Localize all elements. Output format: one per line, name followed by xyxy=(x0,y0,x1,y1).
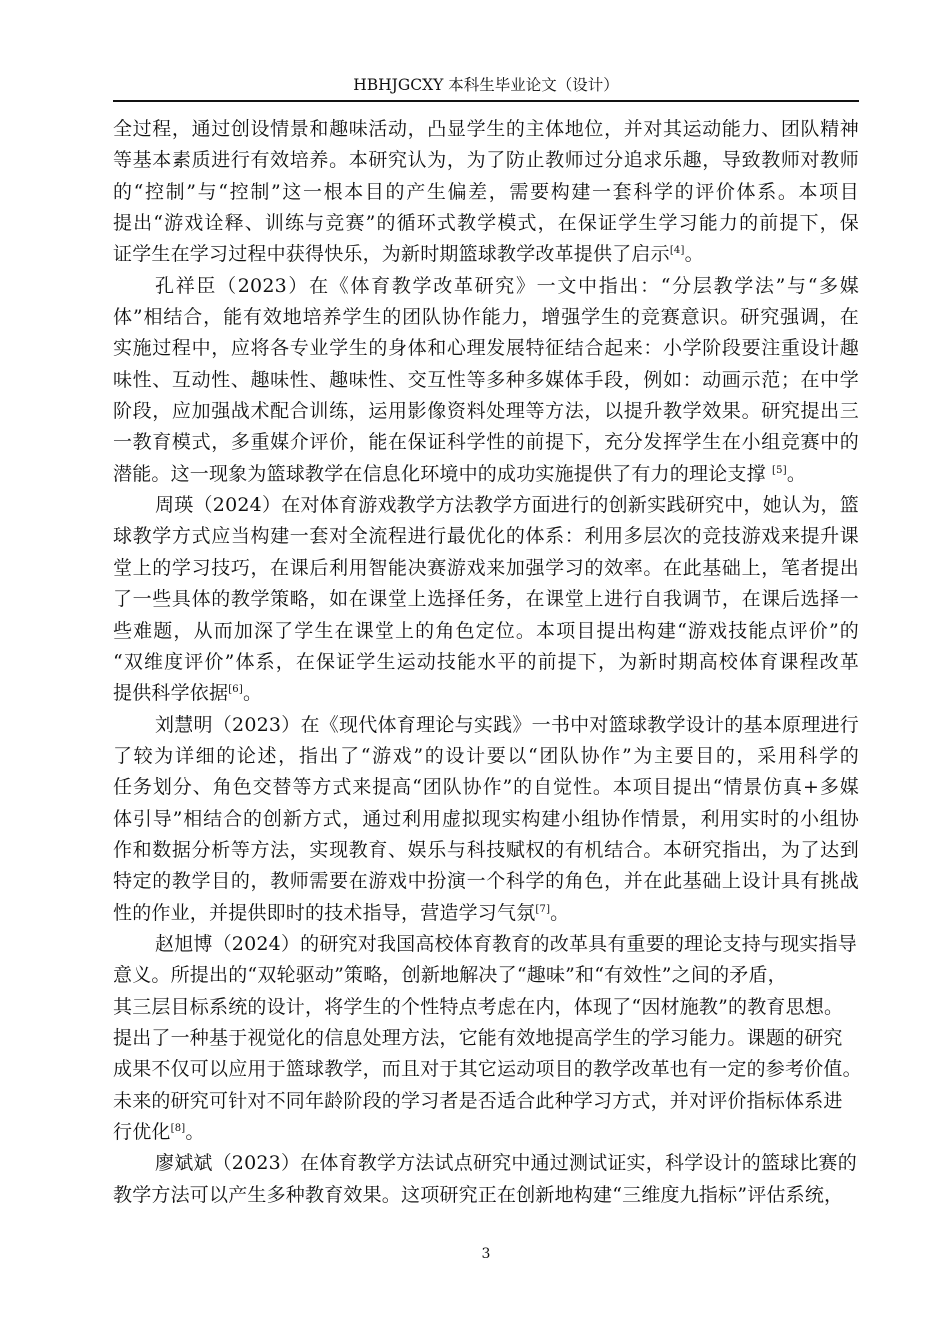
line-text: 性的作业，并提供即时的技术指导，营造学习气氛 xyxy=(113,902,535,924)
text-line: 提供科学依据[6]。 xyxy=(113,678,859,709)
text-line: 些难题，从而加深了学生在课堂上的角色定位。本项目提出构建“游戏技能点评价”的 xyxy=(113,616,859,647)
text-line: 堂上的学习技巧，在课后利用智能决赛游戏来加强学习的效率。在此基础上，笔者提出 xyxy=(113,553,859,584)
text-line: 特定的教学目的，教师需要在游戏中扮演一个科学的角色，并在此基础上设计具有挑战 xyxy=(113,866,859,897)
citation-marker: [7] xyxy=(535,904,550,915)
text-line: 证学生在学习过程中获得快乐，为新时期篮球教学改革提供了启示[4]。 xyxy=(113,239,859,270)
line-text: 球教学方式应当构建一套对全流程进行最优化的体系：利用多层次的竞技游戏来提升课 xyxy=(113,525,859,547)
line-text: 孔祥臣（2023）在《体育教学改革研究》一文中指出：“分层教学法”与“多媒 xyxy=(155,275,859,297)
line-text: 体引导”相结合的创新方式，通过利用虚拟现实构建小组协作情景，利用实时的小组协 xyxy=(113,808,859,830)
text-line: 了一些具体的教学策略，如在课堂上选择任务，在课堂上进行自我调节，在课后选择一 xyxy=(113,584,859,615)
text-line: 阶段，应加强战术配合训练，运用影像资料处理等方法，以提升教学效果。研究提出三 xyxy=(113,396,859,427)
line-text: 等基本素质进行有效培养。本研究认为，为了防止教师过分追求乐趣，导致教师对教师 xyxy=(113,149,859,171)
text-line: 全过程，通过创设情景和趣味活动，凸显学生的主体地位，并对其运动能力、团队精神 xyxy=(113,114,859,145)
page-number: 3 xyxy=(113,1246,859,1262)
line-text: 任务划分、角色交替等方式来提高“团队协作”的自觉性。本项目提出“情景仿真+多媒 xyxy=(113,776,859,798)
line-text: 成果不仅可以应用于篮球教学，而且对于其它运动项目的教学改革也有一定的参考价值。 xyxy=(113,1058,862,1080)
line-text: 行优化 xyxy=(113,1121,171,1143)
text-line: 味性、互动性、趣味性、趣味性、交互性等多种多媒体手段，例如：动画示范；在中学 xyxy=(113,365,859,396)
paragraph: 孔祥臣（2023）在《体育教学改革研究》一文中指出：“分层教学法”与“多媒体”相… xyxy=(113,271,859,490)
text-line: 实施过程中，应将各专业学生的身体和心理发展特征结合起来：小学阶段要注重设计趣 xyxy=(113,333,859,364)
text-line: 成果不仅可以应用于篮球教学，而且对于其它运动项目的教学改革也有一定的参考价值。 xyxy=(113,1054,859,1085)
line-text: 提出“游戏诠释、训练与竞赛”的循环式教学模式，在保证学生学习能力的前提下，保 xyxy=(113,212,859,234)
line-text: 意义。所提出的“双轮驱动”策略，创新地解决了“趣味”和“有效性”之间的矛盾， xyxy=(113,964,787,986)
text-line: 体”相结合，能有效地培养学生的团队协作能力，增强学生的竞赛意识。研究强调，在 xyxy=(113,302,859,333)
text-line: 赵旭博（2024）的研究对我国高校体育教育的改革具有重要的理论支持与现实指导 xyxy=(113,929,859,960)
text-line: 提出了一种基于视觉化的信息处理方法，它能有效地提高学生的学习能力。课题的研究 xyxy=(113,1023,859,1054)
text-line: 未来的研究可针对不同年龄阶段的学习者是否适合此种学习方式，并对评价指标体系进 xyxy=(113,1086,859,1117)
line-text: “双维度评价”体系，在保证学生运动技能水平的前提下，为新时期高校体育课程改革 xyxy=(113,651,859,673)
citation-marker: [4] xyxy=(670,245,685,256)
line-text: 一教育模式，多重媒介评价，能在保证科学性的前提下，充分发挥学生在小组竞赛中的 xyxy=(113,431,859,453)
text-line: 任务划分、角色交替等方式来提高“团队协作”的自觉性。本项目提出“情景仿真+多媒 xyxy=(113,772,859,803)
line-text: 阶段，应加强战术配合训练，运用影像资料处理等方法，以提升教学效果。研究提出三 xyxy=(113,400,859,422)
citation-marker: [5] xyxy=(772,465,787,476)
line-text: 提供科学依据 xyxy=(113,682,228,704)
text-line: 体引导”相结合的创新方式，通过利用虚拟现实构建小组协作情景，利用实时的小组协 xyxy=(113,804,859,835)
line-text: 味性、互动性、趣味性、趣味性、交互性等多种多媒体手段，例如：动画示范；在中学 xyxy=(113,369,859,391)
line-tail: 。 xyxy=(787,463,806,485)
line-text: 些难题，从而加深了学生在课堂上的角色定位。本项目提出构建“游戏技能点评价”的 xyxy=(113,620,859,642)
page-header: HBHJGCXY 本科生毕业论文（设计） xyxy=(113,74,859,96)
line-tail: 。 xyxy=(550,902,569,924)
text-line: 刘慧明（2023）在《现代体育理论与实践》一书中对篮球教学设计的基本原理进行 xyxy=(113,710,859,741)
header-rule xyxy=(113,100,859,102)
text-line: 行优化[8]。 xyxy=(113,1117,859,1148)
text-line: 提出“游戏诠释、训练与竞赛”的循环式教学模式，在保证学生学习能力的前提下，保 xyxy=(113,208,859,239)
text-line: 教学方法可以产生多种教育效果。这项研究正在创新地构建“三维度九指标”评估系统， xyxy=(113,1180,859,1211)
citation-marker: [8] xyxy=(171,1123,186,1134)
line-text: 教学方法可以产生多种教育效果。这项研究正在创新地构建“三维度九指标”评估系统， xyxy=(113,1184,843,1206)
text-line: 其三层目标系统的设计，将学生的个性特点考虑在内，体现了“因材施教”的教育思想。 xyxy=(113,992,859,1023)
line-text: 周瑛（2024）在对体育游戏教学方法教学方面进行的创新实践研究中，她认为，篮 xyxy=(155,494,859,516)
text-line: 作和数据分析等方法，实现教育、娱乐与科技赋权的有机结合。本研究指出，为了达到 xyxy=(113,835,859,866)
line-text: 的“控制”与“控制”这一根本目的产生偏差，需要构建一套科学的评价体系。本项目 xyxy=(113,181,859,203)
paragraph: 廖斌斌（2023）在体育教学方法试点研究中通过测试证实，科学设计的篮球比赛的教学… xyxy=(113,1148,859,1211)
line-text: 特定的教学目的，教师需要在游戏中扮演一个科学的角色，并在此基础上设计具有挑战 xyxy=(113,870,859,892)
text-line: 性的作业，并提供即时的技术指导，营造学习气氛[7]。 xyxy=(113,898,859,929)
paragraph: 全过程，通过创设情景和趣味活动，凸显学生的主体地位，并对其运动能力、团队精神等基… xyxy=(113,114,859,271)
line-tail: 。 xyxy=(185,1121,204,1143)
text-line: “双维度评价”体系，在保证学生运动技能水平的前提下，为新时期高校体育课程改革 xyxy=(113,647,859,678)
line-text: 刘慧明（2023）在《现代体育理论与实践》一书中对篮球教学设计的基本原理进行 xyxy=(155,714,859,736)
line-text: 了较为详细的论述，指出了“游戏”的设计要以“团队协作”为主要目的，采用科学的 xyxy=(113,745,859,767)
line-text: 了一些具体的教学策略，如在课堂上选择任务，在课堂上进行自我调节，在课后选择一 xyxy=(113,588,859,610)
text-line: 潜能。这一现象为篮球教学在信息化环境中的成功实施提供了有力的理论支撑 [5]。 xyxy=(113,459,859,490)
line-text: 证学生在学习过程中获得快乐，为新时期篮球教学改革提供了启示 xyxy=(113,243,670,265)
text-line: 意义。所提出的“双轮驱动”策略，创新地解决了“趣味”和“有效性”之间的矛盾， xyxy=(113,960,859,991)
line-text: 未来的研究可针对不同年龄阶段的学习者是否适合此种学习方式，并对评价指标体系进 xyxy=(113,1090,843,1112)
line-text: 作和数据分析等方法，实现教育、娱乐与科技赋权的有机结合。本研究指出，为了达到 xyxy=(113,839,859,861)
line-tail: 。 xyxy=(243,682,262,704)
paragraph: 周瑛（2024）在对体育游戏教学方法教学方面进行的创新实践研究中，她认为，篮球教… xyxy=(113,490,859,709)
body-text: 全过程，通过创设情景和趣味活动，凸显学生的主体地位，并对其运动能力、团队精神等基… xyxy=(113,114,859,1211)
line-text: 廖斌斌（2023）在体育教学方法试点研究中通过测试证实，科学设计的篮球比赛的 xyxy=(155,1152,857,1174)
line-text: 全过程，通过创设情景和趣味活动，凸显学生的主体地位，并对其运动能力、团队精神 xyxy=(113,118,859,140)
line-text: 潜能。这一现象为篮球教学在信息化环境中的成功实施提供了有力的理论支撑 xyxy=(113,463,772,485)
text-line: 孔祥臣（2023）在《体育教学改革研究》一文中指出：“分层教学法”与“多媒 xyxy=(113,271,859,302)
text-line: 球教学方式应当构建一套对全流程进行最优化的体系：利用多层次的竞技游戏来提升课 xyxy=(113,521,859,552)
paragraph: 赵旭博（2024）的研究对我国高校体育教育的改革具有重要的理论支持与现实指导意义… xyxy=(113,929,859,1148)
text-line: 一教育模式，多重媒介评价，能在保证科学性的前提下，充分发挥学生在小组竞赛中的 xyxy=(113,427,859,458)
text-line: 廖斌斌（2023）在体育教学方法试点研究中通过测试证实，科学设计的篮球比赛的 xyxy=(113,1148,859,1179)
line-text: 实施过程中，应将各专业学生的身体和心理发展特征结合起来：小学阶段要注重设计趣 xyxy=(113,337,859,359)
line-text: 提出了一种基于视觉化的信息处理方法，它能有效地提高学生的学习能力。课题的研究 xyxy=(113,1027,843,1049)
text-line: 周瑛（2024）在对体育游戏教学方法教学方面进行的创新实践研究中，她认为，篮 xyxy=(113,490,859,521)
line-text: 堂上的学习技巧，在课后利用智能决赛游戏来加强学习的效率。在此基础上，笔者提出 xyxy=(113,557,859,579)
text-line: 的“控制”与“控制”这一根本目的产生偏差，需要构建一套科学的评价体系。本项目 xyxy=(113,177,859,208)
line-text: 其三层目标系统的设计，将学生的个性特点考虑在内，体现了“因材施教”的教育思想。 xyxy=(113,996,843,1018)
paragraph: 刘慧明（2023）在《现代体育理论与实践》一书中对篮球教学设计的基本原理进行了较… xyxy=(113,710,859,929)
text-line: 了较为详细的论述，指出了“游戏”的设计要以“团队协作”为主要目的，采用科学的 xyxy=(113,741,859,772)
line-text: 赵旭博（2024）的研究对我国高校体育教育的改革具有重要的理论支持与现实指导 xyxy=(155,933,857,955)
line-text: 体”相结合，能有效地培养学生的团队协作能力，增强学生的竞赛意识。研究强调，在 xyxy=(113,306,859,328)
line-tail: 。 xyxy=(685,243,704,265)
text-line: 等基本素质进行有效培养。本研究认为，为了防止教师过分追求乐趣，导致教师对教师 xyxy=(113,145,859,176)
citation-marker: [6] xyxy=(228,684,243,695)
